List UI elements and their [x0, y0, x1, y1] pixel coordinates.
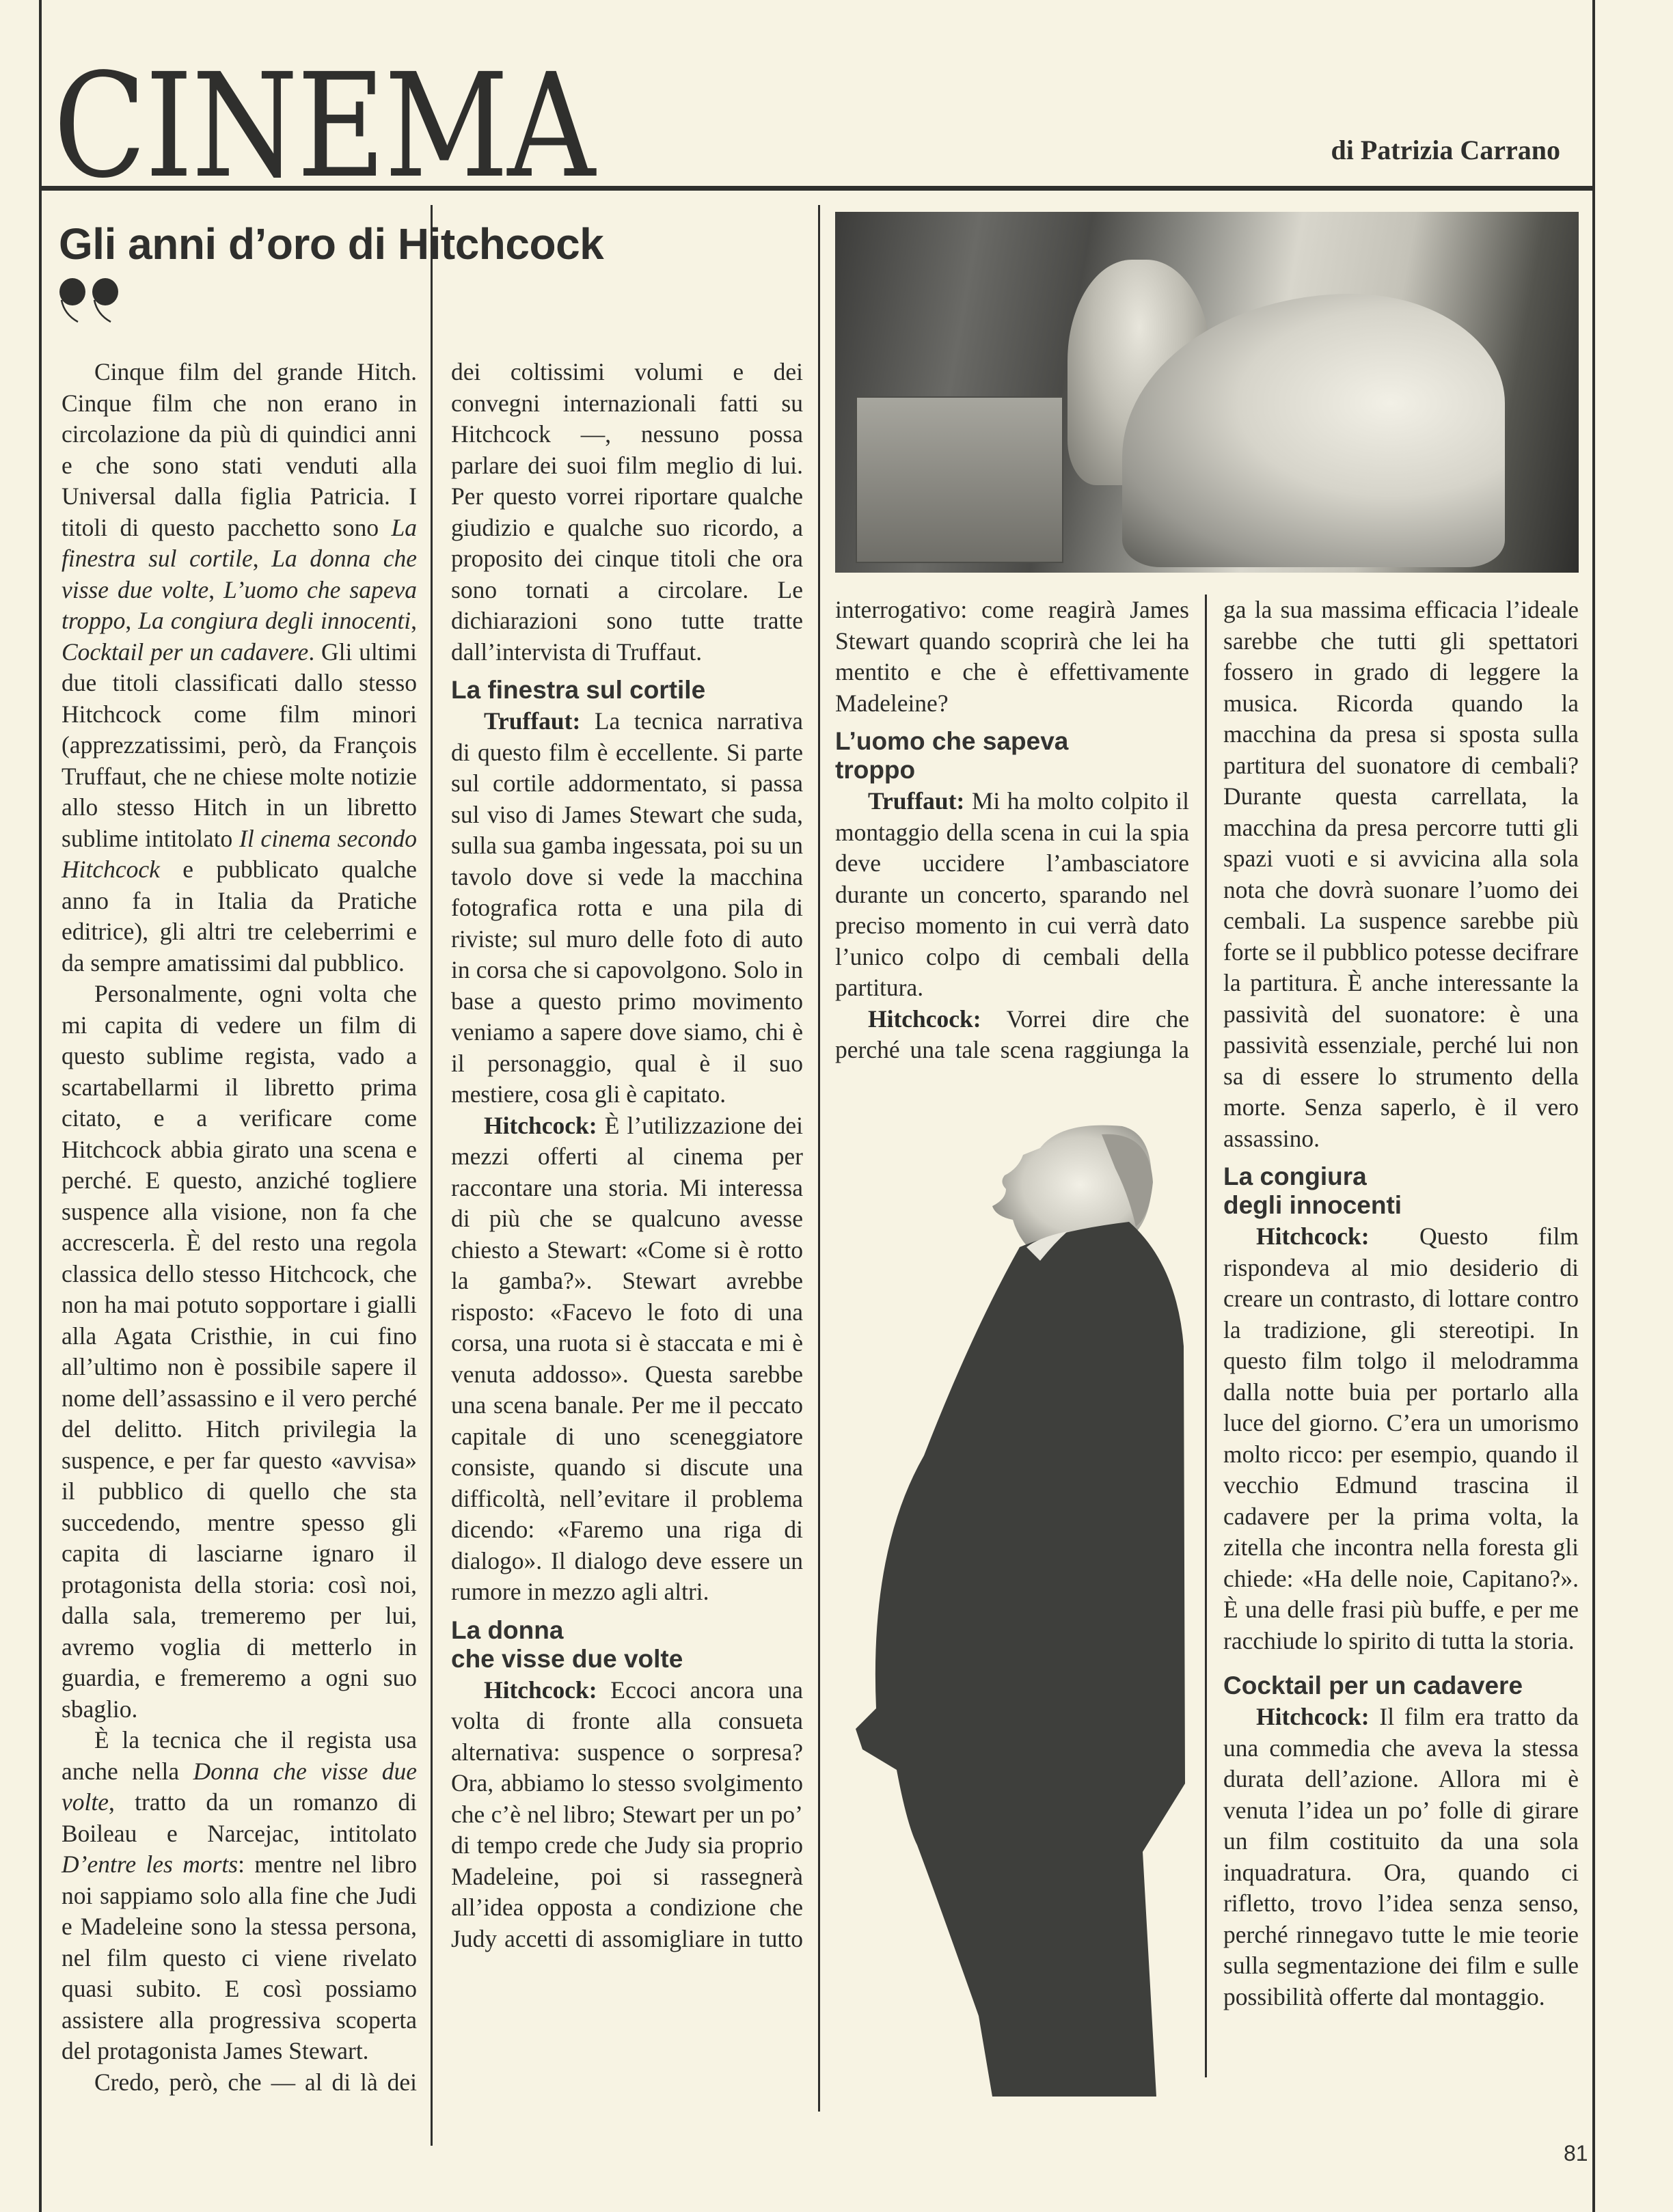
- section-heading: La finestra sul cortile: [451, 676, 803, 705]
- text-column-4: ga la sua massima efficacia l’ideale sar…: [1223, 595, 1579, 2012]
- interview-paragraph: Hitchcock: È l’utilizzazione dei mezzi o…: [451, 1110, 803, 1608]
- text-column-2: dei coltissimi volumi e dei convegni int…: [451, 357, 803, 1955]
- column-divider: [431, 205, 433, 2146]
- author-byline: di Patrizia Carrano: [1331, 134, 1561, 166]
- section-heading: Cocktail per un cadavere: [1223, 1671, 1579, 1700]
- section-heading: L’uomo che sapevatroppo: [835, 727, 1189, 784]
- interview-paragraph: Truffaut: Mi ha molto colpito il montagg…: [835, 786, 1189, 1004]
- intro-paragraph: Cinque film del grande Hitch. Cinque fil…: [62, 357, 417, 979]
- double-quote-icon: [57, 277, 133, 328]
- body-paragraph: Personalmente, ogni volta che mi capita …: [62, 979, 417, 1725]
- body-paragraph-continued: ga la sua massima efficacia l’ideale sar…: [1223, 595, 1579, 1154]
- body-paragraph: Credo, però, che — al di là dei coltissi…: [62, 2067, 417, 2098]
- page-frame-left: [39, 0, 42, 2212]
- interview-paragraph: Hitchcock: Il film era tratto da una com…: [1223, 1702, 1579, 2012]
- text-column-1: Cinque film del grande Hitch. Cinque fil…: [62, 357, 417, 2098]
- interview-paragraph: Hitchcock: Questo film rispondeva al mio…: [1223, 1221, 1579, 1656]
- text-column-3: interrogativo: come reagirà James Stewar…: [835, 595, 1189, 1066]
- hitchcock-portrait-image: [835, 1073, 1204, 2097]
- body-paragraph-continued: interrogativo: come reagirà James Stewar…: [835, 595, 1189, 719]
- column-divider: [1205, 595, 1207, 2077]
- page-frame-right: [1592, 0, 1595, 2212]
- page-number: 81: [1564, 2141, 1588, 2166]
- interview-paragraph: Hitchcock: Eccoci ancora una volta di fr…: [451, 1675, 803, 1955]
- body-paragraph-continued: dei coltissimi volumi e dei convegni int…: [451, 357, 803, 668]
- header-rule: [39, 186, 1595, 191]
- section-heading: La donnache visse due volte: [451, 1616, 803, 1674]
- section-masthead: CINEMA: [53, 55, 594, 198]
- article-title: Gli anni d’oro di Hitchcock: [59, 219, 603, 269]
- column-divider: [818, 205, 820, 2112]
- interview-paragraph: Hitchcock: Vorrei dire che perché una ta…: [835, 1004, 1189, 1066]
- film-still-image: [835, 212, 1579, 573]
- still-cabinet-shape: [856, 396, 1063, 563]
- body-paragraph: È la tecnica che il regista usa anche ne…: [62, 1725, 417, 2067]
- section-heading: La congiuradegli innocenti: [1223, 1162, 1579, 1220]
- interview-paragraph: Truffaut: La tecnica narrativa di questo…: [451, 706, 803, 1110]
